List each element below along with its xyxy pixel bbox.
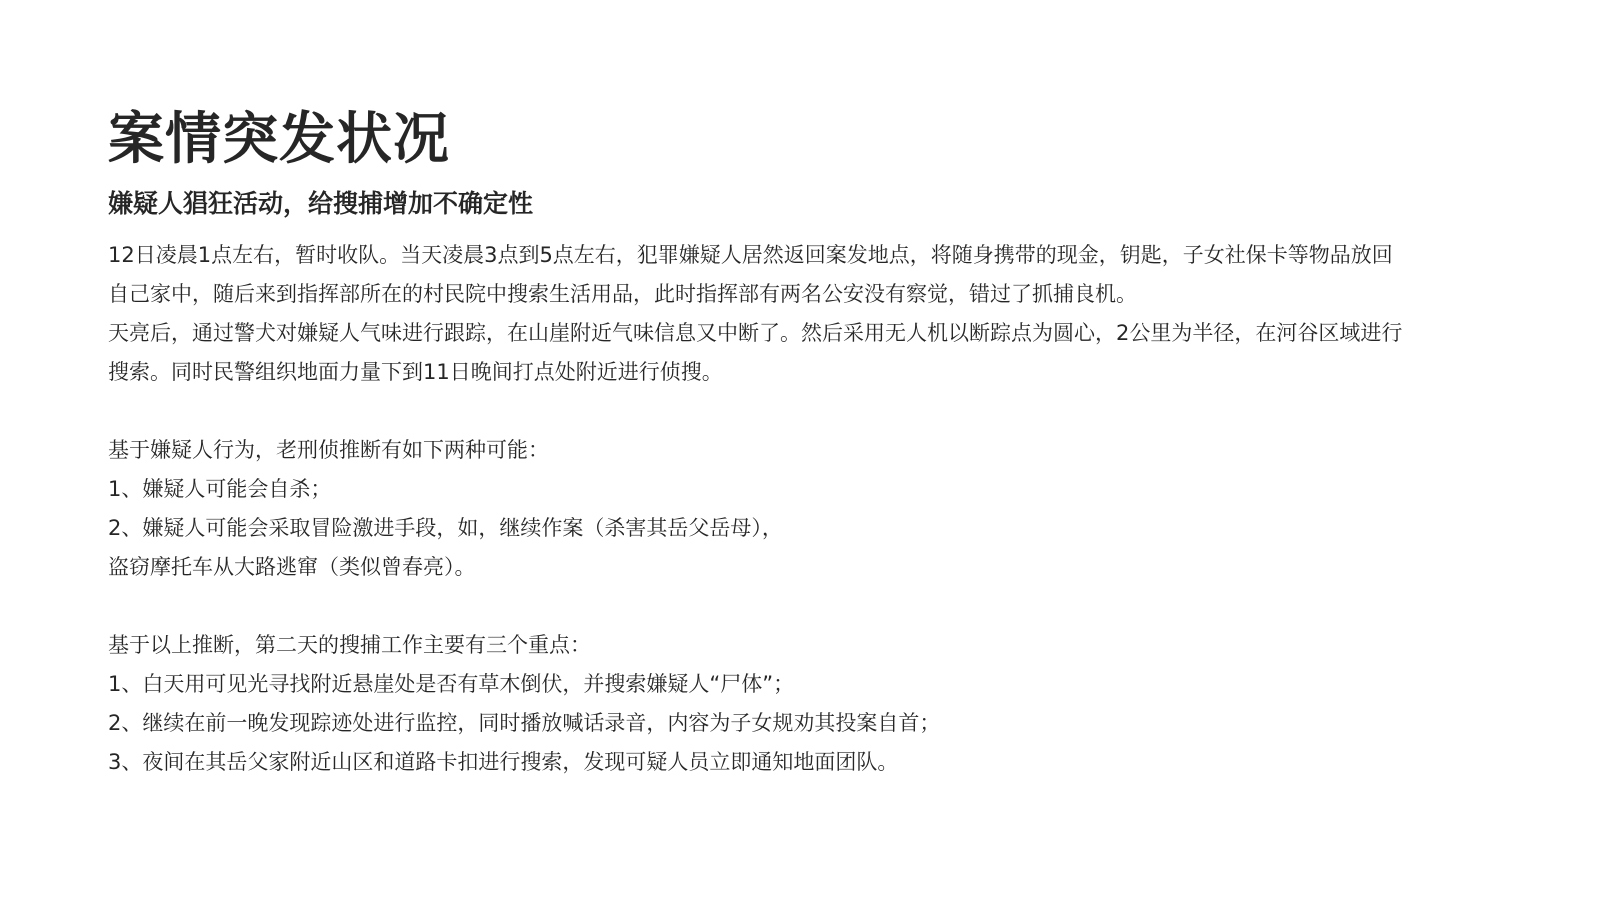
slide-content: 案情突发状况 嫌疑人猖狂活动，给搜捕增加不确定性 12日凌晨1点左右，暂时收队。…	[108, 104, 1508, 782]
body-line: 盗窃摩托车从大路逃窜（类似曾春亮）。	[108, 548, 1508, 587]
body-line: 12日凌晨1点左右，暂时收队。当天凌晨3点到5点左右，犯罪嫌疑人居然返回案发地点…	[108, 236, 1508, 275]
body-line: 搜索。同时民警组织地面力量下到11日晚间打点处附近进行侦搜。	[108, 353, 1508, 392]
body-line: 自己家中，随后来到指挥部所在的村民院中搜索生活用品，此时指挥部有两名公安没有察觉…	[108, 275, 1508, 314]
blank-line	[108, 587, 1508, 626]
list-item: 1、白天用可见光寻找附近悬崖处是否有草木倒伏，并搜索嫌疑人“尸体”；	[108, 665, 1508, 704]
list-item: 3、夜间在其岳父家附近山区和道路卡扣进行搜索，发现可疑人员立即通知地面团队。	[108, 743, 1508, 782]
body-line: 基于嫌疑人行为，老刑侦推断有如下两种可能：	[108, 431, 1508, 470]
body-line: 天亮后，通过警犬对嫌疑人气味进行跟踪，在山崖附近气味信息又中断了。然后采用无人机…	[108, 314, 1508, 353]
list-item: 2、继续在前一晚发现踪迹处进行监控，同时播放喊话录音，内容为子女规劝其投案自首；	[108, 704, 1508, 743]
body-line: 基于以上推断，第二天的搜捕工作主要有三个重点：	[108, 626, 1508, 665]
list-item: 1、嫌疑人可能会自杀；	[108, 470, 1508, 509]
blank-line	[108, 392, 1508, 431]
body-text: 12日凌晨1点左右，暂时收队。当天凌晨3点到5点左右，犯罪嫌疑人居然返回案发地点…	[108, 236, 1508, 782]
page-subtitle: 嫌疑人猖狂活动，给搜捕增加不确定性	[108, 186, 1508, 222]
page-title: 案情突发状况	[108, 104, 1508, 176]
list-item: 2、嫌疑人可能会采取冒险激进手段，如，继续作案（杀害其岳父岳母），	[108, 509, 1508, 548]
